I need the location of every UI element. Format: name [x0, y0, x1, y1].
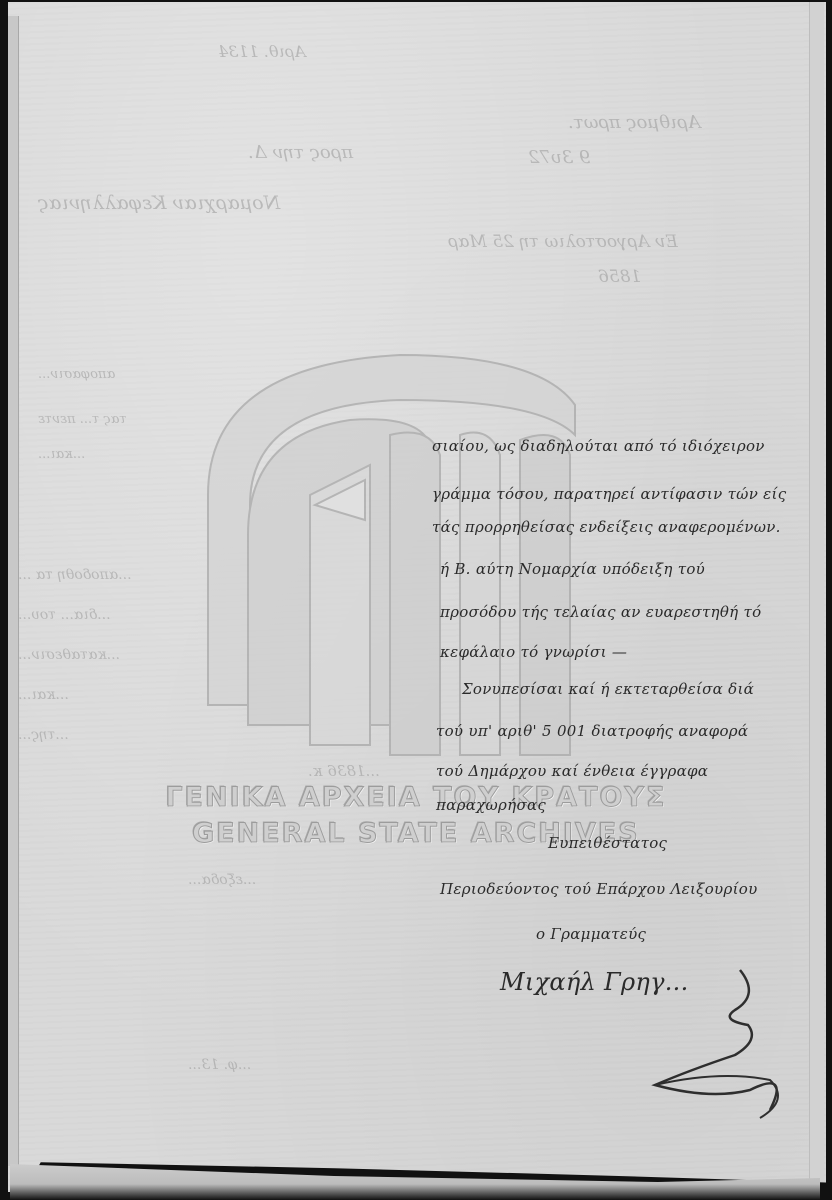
bleed-through-text: αποφασιν...	[38, 367, 115, 382]
closing-salutation: Ευπειθέστατος	[548, 834, 667, 852]
body-line: σιαίου, ως διαδηλούται από τό ιδιόχειρον	[432, 437, 765, 455]
body-line: ή Β. αύτη Νομαρχία υπόδειξη τού	[440, 560, 705, 578]
bleed-through-text: ...καταθεσιν...	[18, 647, 120, 663]
watermark-text-greek: ΓΕΝΙΚΑ ΑΡΧΕΙΑ ΤΟΥ ΚΡΑΤΟΥΣ	[0, 782, 832, 813]
bleed-through-text: ...της...	[18, 727, 69, 743]
page-edge-right	[809, 2, 824, 1182]
bleed-through-text: Αριθμος πρωτ.	[568, 112, 701, 133]
page-edge-left	[8, 16, 19, 1166]
bleed-through-text: Εν Αργοστολιω τη 25 Μαρ	[448, 232, 678, 252]
bleed-through-text: ...και...	[18, 687, 69, 703]
bleed-through-text: 9 3υ72	[528, 147, 590, 168]
watermark-text-english: GENERAL STATE ARCHIVES	[0, 818, 832, 849]
body-line: τού υπ' αριθ' 5 001 διατροφής αναφορά	[436, 722, 748, 740]
title-line: Περιοδεύοντος τού Επάρχου Λειξουρίου	[440, 880, 758, 898]
body-line: γράμμα τόσου, παρατηρεί αντίφασιν τών εί…	[432, 485, 786, 503]
archive-logo-icon	[190, 345, 610, 765]
secretary-line: ο Γραμματεύς	[536, 925, 646, 943]
body-line: τάς προρρηθείσας ενδείξεις αναφερομένων.	[432, 518, 781, 536]
bleed-through-text: ...και...	[38, 447, 85, 462]
bleed-through-text: Νομαρχιαν Κεφαλληνιας	[38, 192, 280, 214]
signature-flourish-icon	[490, 950, 790, 1120]
bleed-through-text: τας τ... πεντε	[38, 412, 127, 427]
bleed-through-text: Αριθ. 1134	[218, 42, 306, 61]
bleed-through-text: ...δια... του...	[18, 607, 111, 623]
bleed-through-text: ...εξοδα...	[188, 872, 256, 888]
body-line: Σονυπεσίσαι καί ή εκτεταρθείσα διά	[462, 680, 754, 698]
body-line: προσόδου τής τελαίας αν ευαρεστηθή τό	[440, 603, 761, 621]
bleed-through-text: 1856	[598, 267, 641, 287]
body-line: παραχωρήσας	[436, 796, 546, 814]
bleed-through-text: ...αποδοθη τα ...	[18, 567, 132, 583]
body-line: τού Δημάρχου καί ένθεια έγγραφα	[436, 762, 708, 780]
bleed-through-text: ...φ. 13...	[188, 1057, 251, 1073]
body-line: κεφάλαιο τό γνωρίσι —	[440, 643, 627, 661]
bleed-through-text: προς την Δ.	[248, 142, 353, 163]
